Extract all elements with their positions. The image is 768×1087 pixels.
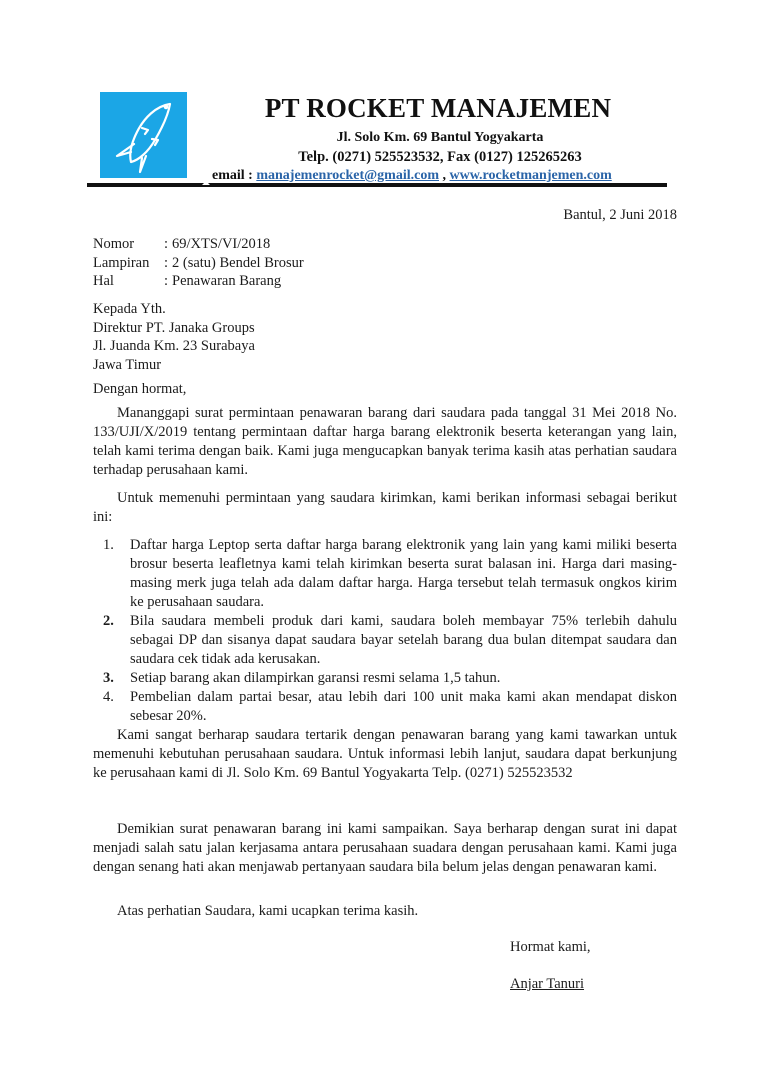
meta-value: Penawaran Barang [172, 272, 281, 291]
recipient-line: Jawa Timur [93, 356, 255, 375]
meta-separator: : [164, 235, 172, 254]
meta-separator: : [164, 254, 172, 273]
list-item: 4. Pembelian dalam partai besar, atau le… [103, 688, 677, 726]
paragraph-info-lead: Untuk memenuhi permintaan yang saudara k… [93, 489, 677, 527]
contact-separator: , [439, 168, 450, 183]
paragraph-closing: Demikian surat penawaran barang ini kami… [93, 820, 677, 877]
meta-separator: : [164, 272, 172, 291]
email-label: email : [212, 168, 256, 183]
letter-date: Bantul, 2 Juni 2018 [500, 206, 677, 225]
meta-row-hal: Hal : Penawaran Barang [93, 272, 304, 291]
paragraph-intro: Mananggapi surat permintaan penawaran ba… [93, 404, 677, 480]
company-address: Jl. Solo Km. 69 Bantul Yogyakarta [200, 130, 680, 146]
offer-terms-list: 1. Daftar harga Leptop serta daftar harg… [103, 536, 677, 726]
company-logo [100, 92, 187, 178]
paragraph-thanks: Atas perhatian Saudara, kami ucapkan ter… [93, 902, 677, 921]
company-phone-fax: Telp. (0271) 525523532, Fax (0127) 12526… [200, 149, 680, 166]
list-text: Bila saudara membeli produk dari kami, s… [130, 613, 677, 667]
meta-value: 2 (satu) Bendel Brosur [172, 254, 304, 273]
list-number: 4. [103, 688, 114, 707]
meta-label: Lampiran [93, 254, 164, 273]
letter-page: PT ROCKET MANAJEMEN Jl. Solo Km. 69 Bant… [0, 0, 768, 1087]
list-number: 2. [103, 612, 114, 631]
recipient-line: Jl. Juanda Km. 23 Surabaya [93, 337, 255, 356]
salutation: Dengan hormat, [93, 380, 186, 399]
letterhead-divider [87, 183, 667, 187]
meta-row-nomor: Nomor : 69/XTS/VI/2018 [93, 235, 304, 254]
list-text: Setiap barang akan dilampirkan garansi r… [130, 670, 500, 686]
meta-value: 69/XTS/VI/2018 [172, 235, 270, 254]
list-item: 1. Daftar harga Leptop serta daftar harg… [103, 536, 677, 612]
recipient-block: Kepada Yth. Direktur PT. Janaka Groups J… [93, 300, 255, 374]
list-text: Daftar harga Leptop serta daftar harga b… [130, 537, 677, 610]
meta-row-lampiran: Lampiran : 2 (satu) Bendel Brosur [93, 254, 304, 273]
website-link[interactable]: www.rocketmanjemen.com [450, 168, 612, 183]
paragraph-invitation: Kami sangat berharap saudara tertarik de… [93, 726, 677, 783]
letter-meta: Nomor : 69/XTS/VI/2018 Lampiran : 2 (sat… [93, 235, 304, 291]
list-item: 2. Bila saudara membeli produk dari kami… [103, 612, 677, 669]
list-text: Pembelian dalam partai besar, atau lebih… [130, 689, 677, 724]
rocket-icon [100, 92, 187, 178]
signer-name: Anjar Tanuri [510, 975, 584, 994]
recipient-line: Kepada Yth. [93, 300, 255, 319]
list-item: 3. Setiap barang akan dilampirkan garans… [103, 669, 677, 688]
list-number: 3. [103, 669, 114, 688]
divider-notch [202, 181, 210, 185]
closing-phrase: Hormat kami, [510, 938, 591, 957]
company-name: PT ROCKET MANAJEMEN [258, 93, 618, 124]
list-number: 1. [103, 536, 114, 555]
meta-label: Hal [93, 272, 164, 291]
company-contact-line: email : manajemenrocket@gmail.com , www.… [212, 168, 612, 184]
meta-label: Nomor [93, 235, 164, 254]
email-link[interactable]: manajemenrocket@gmail.com [256, 168, 439, 183]
recipient-line: Direktur PT. Janaka Groups [93, 319, 255, 338]
